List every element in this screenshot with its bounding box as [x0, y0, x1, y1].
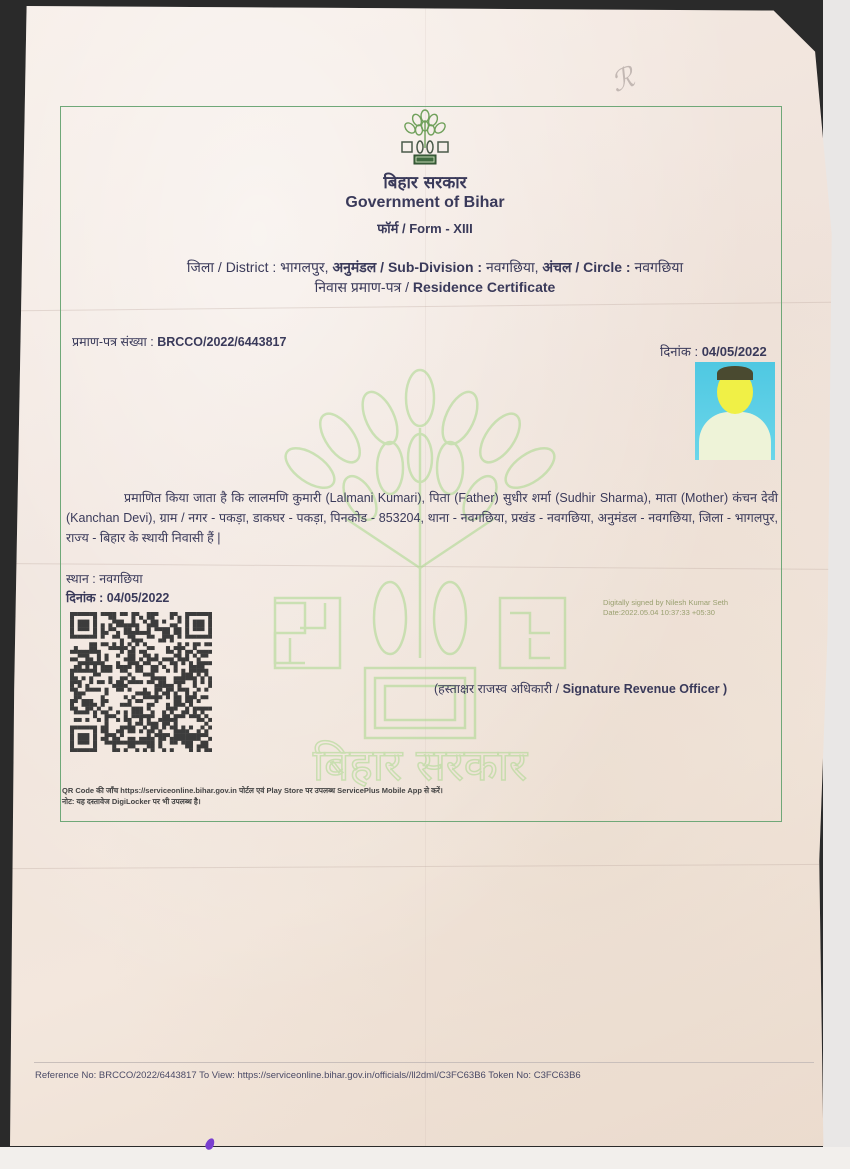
digilocker-note: नोट: यह दस्तावेज DigiLocker पर भी उपलब्ध… [62, 797, 201, 807]
circle-value: नवगछिया [634, 259, 683, 275]
digital-signature-signer: Digitally signed by Nilesh Kumar Seth [603, 598, 728, 608]
certificate-number: प्रमाण-पत्र संख्या : BRCCO/2022/6443817 [72, 333, 286, 350]
issue-date-value: 04/05/2022 [702, 344, 767, 359]
place-date-value: 04/05/2022 [107, 591, 170, 605]
reference-value: BRCCO/2022/6443817 [99, 1070, 197, 1081]
digital-signature: Digitally signed by Nilesh Kumar Seth Da… [603, 598, 728, 618]
district-value: भागलपुर, [280, 259, 328, 275]
view-label: To View: [199, 1070, 235, 1081]
qr-verification-note: QR Code की जाँच https://serviceonline.bi… [62, 786, 443, 796]
issue-date-label: दिनांक : [660, 344, 698, 359]
place-label: स्थान : [66, 572, 96, 586]
digital-signature-date: Date:2022.05.04 10:37:33 +05:30 [603, 608, 728, 618]
form-number: फॉर्म / Form - XIII [0, 219, 850, 237]
subdivision-label: अनुमंडल / Sub-Division : [332, 259, 482, 275]
certificate-body: प्रमाणित किया जाता है कि लालमणि कुमारी (… [66, 488, 778, 548]
district-label: जिला / District : [187, 259, 276, 275]
place-date-label: दिनांक : [66, 591, 103, 605]
certificate-title-hindi: निवास प्रमाण-पत्र / [315, 279, 409, 295]
circle-label: अंचल / Circle : [542, 259, 630, 275]
qr-code-icon[interactable] [70, 612, 212, 752]
bihar-emblem-icon [392, 108, 458, 168]
certificate-number-value: BRCCO/2022/6443817 [157, 335, 286, 349]
location-line: जिला / District : भागलपुर, अनुमंडल / Sub… [95, 258, 775, 277]
place-date: दिनांक : 04/05/2022 [66, 589, 169, 606]
certificate-title: निवास प्रमाण-पत्र / Residence Certificat… [95, 278, 775, 297]
scan-bottom-band [0, 1147, 850, 1169]
reference-label: Reference No: [35, 1070, 96, 1081]
signature-officer: (हस्ताक्षर राजस्व अधिकारी / Signature Re… [434, 680, 727, 697]
watermark-emblem-icon: बिहार सरकार [265, 368, 575, 788]
header-title-hindi: बिहार सरकार [0, 170, 850, 193]
footer-reference: Reference No: BRCCO/2022/6443817 To View… [35, 1070, 581, 1081]
place: स्थान : नवगछिया [66, 570, 143, 587]
signature-officer-hindi: (हस्ताक्षर राजस्व अधिकारी / [434, 682, 559, 696]
certificate-title-english: Residence Certificate [413, 279, 555, 295]
token-label: Token No: [488, 1070, 531, 1081]
subdivision-value: नवगछिया, [486, 259, 539, 275]
header-title-english: Government of Bihar [0, 194, 850, 212]
signature-officer-english: Signature Revenue Officer ) [563, 682, 728, 696]
issue-date: दिनांक : 04/05/2022 [660, 342, 767, 360]
footer-divider [34, 1062, 814, 1063]
certificate-number-label: प्रमाण-पत्र संख्या : [72, 335, 154, 349]
watermark-text: बिहार सरकार [313, 740, 528, 788]
token-value: C3FC63B6 [534, 1070, 581, 1081]
place-value: नवगछिया [99, 572, 142, 586]
applicant-photo [695, 362, 775, 460]
view-url[interactable]: https://serviceonline.bihar.gov.in/offic… [237, 1070, 485, 1081]
